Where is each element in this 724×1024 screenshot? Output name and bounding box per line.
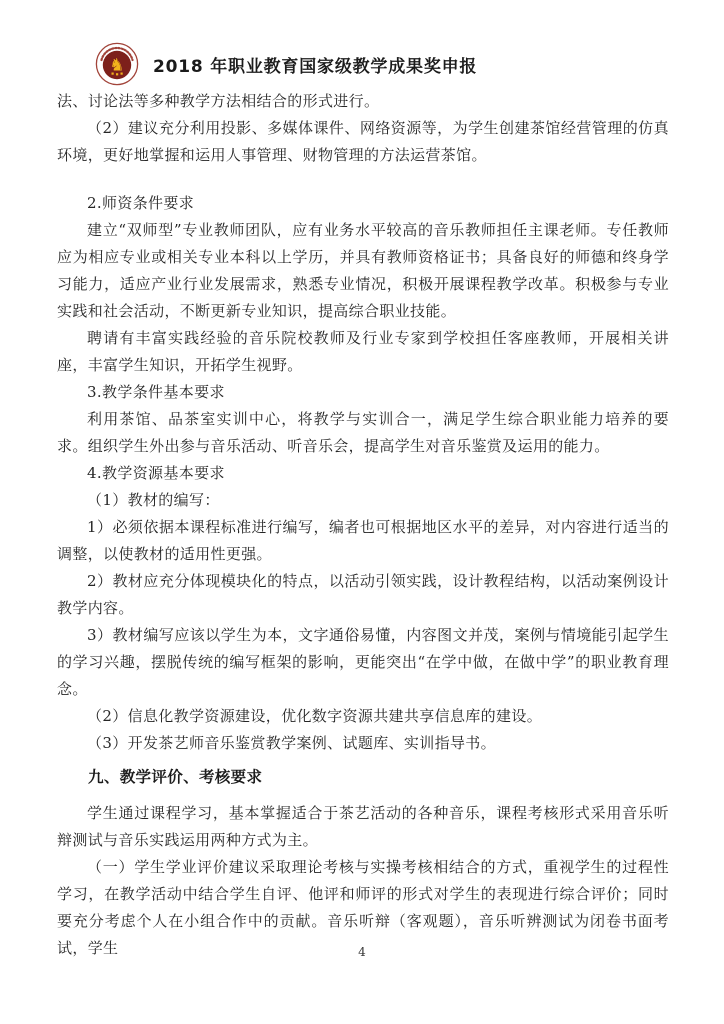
body-paragraph: （3）开发茶艺师音乐鉴赏教学案例、试题库、实训指导书。: [57, 730, 669, 757]
body-paragraph: 聘请有丰富实践经验的音乐院校教师及行业专家到学校担任客座教师，开展相关讲座，丰富…: [57, 325, 669, 379]
body-paragraph: 3）教材编写应该以学生为本，文字通俗易懂，内容图文并茂，案例与情境能引起学生的学…: [57, 622, 669, 703]
body-paragraph: 1）必须依据本课程标准进行编写，编者也可根据地区水平的差异，对内容进行适当的调整…: [57, 514, 669, 568]
school-seal-icon: ♞: [95, 42, 139, 86]
heading-teacher-requirements: 2.师资条件要求: [57, 190, 669, 217]
body-paragraph: 建立“双师型”专业教师团队，应有业务水平较高的音乐教师担任主课老师。专任教师应为…: [57, 217, 669, 325]
heading-teaching-conditions: 3.教学条件基本要求: [57, 379, 669, 406]
body-paragraph: 利用茶馆、品茶室实训中心，将教学与实训合一，满足学生综合职业能力培养的要求。组织…: [57, 406, 669, 460]
body-paragraph: 学生通过课程学习，基本掌握适合于茶艺活动的各种音乐，课程考核形式采用音乐听辩测试…: [57, 800, 669, 854]
body-paragraph: （2）信息化教学资源建设，优化数字资源共建共享信息库的建设。: [57, 703, 669, 730]
body-paragraph: （2）建议充分利用投影、多媒体课件、网络资源等，为学生创建茶馆经营管理的仿真环境…: [57, 115, 669, 169]
document-body: 法、讨论法等多种教学方法相结合的形式进行。 （2）建议充分利用投影、多媒体课件、…: [57, 88, 669, 962]
heading-section-nine-evaluation: 九、教学评价、考核要求: [57, 764, 669, 791]
heading-teaching-resources: 4.教学资源基本要求: [57, 460, 669, 487]
document-title: 2018 年职业教育国家级教学成果奖申报: [153, 52, 477, 77]
document-page: ♞ 2018 年职业教育国家级教学成果奖申报 法、讨论法等多种教学方法相结合的形…: [0, 0, 724, 1024]
body-paragraph-continuation: 法、讨论法等多种教学方法相结合的形式进行。: [57, 88, 669, 115]
page-header: ♞ 2018 年职业教育国家级教学成果奖申报: [95, 42, 477, 86]
page-number: 4: [0, 945, 724, 959]
body-paragraph: （1）教材的编写：: [57, 487, 669, 514]
body-paragraph: 2）教材应充分体现模块化的特点，以活动引领实践，设计教程结构，以活动案例设计教学…: [57, 568, 669, 622]
